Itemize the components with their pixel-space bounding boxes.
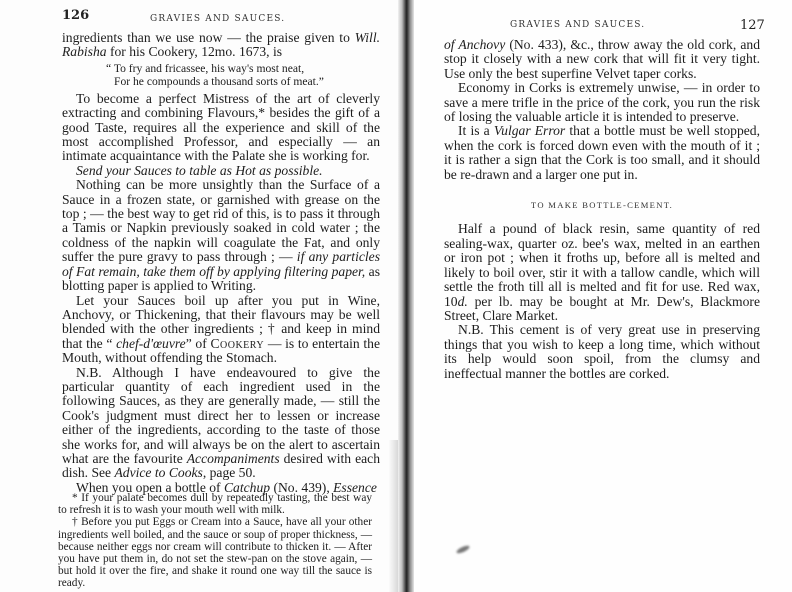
paragraph-nb-quantity: N.B. Although I have endeavoured to give… xyxy=(62,366,380,481)
right-page: GRAVIES AND SAUCES. 127 of Anchovy (No. … xyxy=(414,0,792,592)
paragraph-anchovy: of Anchovy (No. 433), &c., throw away th… xyxy=(444,38,760,81)
footnote-asterisk: * If your palate becomes dull by repeate… xyxy=(58,492,372,516)
intro-paragraph: ingredients than we use now — the praise… xyxy=(62,31,380,60)
paragraph-boil: Let your Sauces boil up after you put in… xyxy=(62,294,380,366)
left-page: 126 GRAVIES AND SAUCES. ingredients than… xyxy=(0,0,404,592)
page-edge-shadow xyxy=(388,440,398,592)
paragraph-flavours: To become a perfect Mistress of the art … xyxy=(62,92,380,164)
left-body-text: ingredients than we use now — the praise… xyxy=(62,31,380,495)
paragraph-vulgar-error: It is a Vulgar Error that a bottle must … xyxy=(444,124,760,182)
page-number-right: 127 xyxy=(740,18,765,33)
ink-smudge xyxy=(456,544,471,554)
section-title-bottle-cement: TO MAKE BOTTLE-CEMENT. xyxy=(444,198,760,212)
paragraph-economy-corks: Economy in Corks is extremely unwise, — … xyxy=(444,81,760,124)
running-head-left: GRAVIES AND SAUCES. xyxy=(150,14,285,24)
page-number-left: 126 xyxy=(62,8,89,23)
right-body-text: of Anchovy (No. 433), &c., throw away th… xyxy=(444,38,760,381)
paragraph-surface: Nothing can be more unsightly than the S… xyxy=(62,178,380,293)
footnotes: * If your palate becomes dull by repeate… xyxy=(58,492,372,590)
paragraph-recipe: Half a pound of black resin, same quanti… xyxy=(444,222,760,323)
footnote-dagger: † Before you put Eggs or Cream into a Sa… xyxy=(58,516,372,589)
paragraph-nb-cement: N.B. This cement is of very great use in… xyxy=(444,323,760,381)
book-spread: 126 GRAVIES AND SAUCES. ingredients than… xyxy=(0,0,792,592)
running-head-right: GRAVIES AND SAUCES. xyxy=(510,20,645,30)
book-gutter xyxy=(398,0,414,592)
paragraph-hot-sauces: Send your Sauces to table as Hot as poss… xyxy=(62,164,380,178)
verse-quote: “ To fry and fricassee, his way's most n… xyxy=(62,62,380,88)
